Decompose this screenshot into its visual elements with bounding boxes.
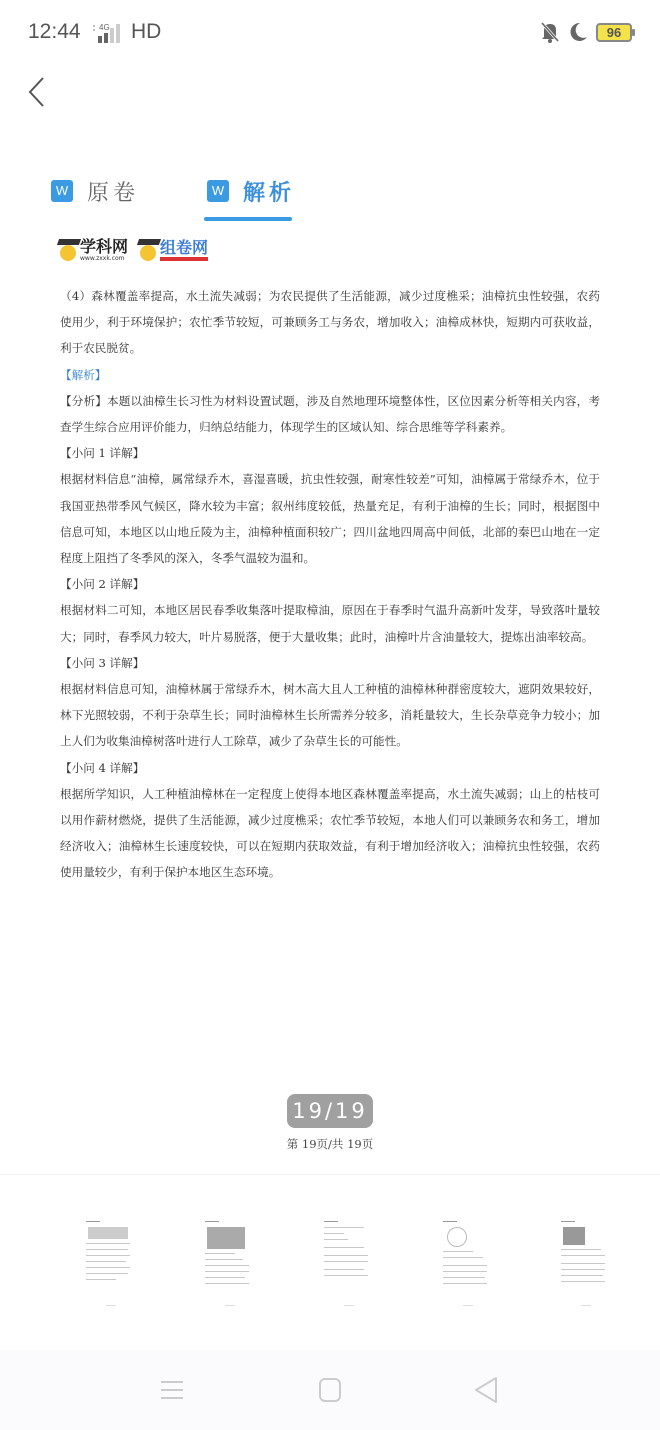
back-chevron-icon[interactable]	[24, 72, 54, 112]
silent-bell-icon	[540, 21, 560, 43]
zujuan-logo: 组卷网	[138, 237, 208, 263]
tab-label: 原卷	[87, 176, 139, 207]
back-triangle-icon[interactable]	[472, 1375, 502, 1405]
q1-heading: 【小问 1 详解】	[60, 440, 600, 466]
logo-subtitle: www.zxxk.com	[80, 255, 128, 262]
zxxk-logo: 学科网 www.zxxk.com	[58, 237, 128, 263]
page-thumbnail[interactable]	[324, 1219, 374, 1299]
q1-text: 根据材料信息“油樟，属常绿乔木，喜湿喜暖，抗虫性较强，耐寒性较差”可知，油樟属于…	[60, 466, 600, 571]
analysis-text: 本题以油樟生长习性为材料设置试题，涉及自然地理环境整体性，区位因素分析等相关内容…	[60, 394, 600, 434]
page-thumbnail[interactable]	[443, 1219, 493, 1299]
q3-text: 根据材料信息可知，油樟林属于常绿乔木，树木高大且人工种植的油樟林种群密度较大，遮…	[60, 676, 600, 755]
header-logos: 学科网 www.zxxk.com 组卷网	[58, 237, 208, 263]
page-indicator-pill: 19/19	[287, 1094, 373, 1128]
home-icon[interactable]	[315, 1375, 345, 1405]
q2-heading: 【小问 2 详解】	[60, 571, 600, 597]
analysis-paragraph: 【分析】本题以油樟生长习性为材料设置试题，涉及自然地理环境整体性，区位因素分析等…	[60, 388, 600, 440]
page-thumbnail-strip[interactable]	[0, 1175, 660, 1335]
logo-bar	[160, 257, 208, 261]
signal-4g-icon: 4G	[90, 22, 130, 44]
page-thumbnail[interactable]	[205, 1219, 255, 1299]
logo-title: 组卷网	[160, 240, 208, 256]
q2-text: 根据材料二可知，本地区居民春季收集落叶提取樟油，原因在于春季时气温升高新叶发芽，…	[60, 597, 600, 649]
logo-title: 学科网	[80, 239, 128, 255]
q4-heading: 【小问 4 详解】	[60, 755, 600, 781]
page-thumbnail[interactable]	[561, 1219, 611, 1299]
q4-text: 根据所学知识，人工种植油樟林在一定程度上使得本地区森林覆盖率提高，水土流失减弱；…	[60, 781, 600, 886]
document-content: （4）森林覆盖率提高，水土流失减弱；为农民提供了生活能源，减少过度樵采；油樟抗虫…	[60, 283, 600, 886]
status-time: 12:44	[28, 20, 81, 44]
word-doc-icon: W	[207, 180, 229, 202]
page-caption: 第 19页/共 19页	[0, 1136, 660, 1152]
word-doc-icon: W	[51, 180, 73, 202]
moon-icon	[568, 21, 588, 43]
answer-4: （4）森林覆盖率提高，水土流失减弱；为农民提供了生活能源，减少过度樵采；油樟抗虫…	[60, 283, 600, 362]
analysis-label: 【分析】	[60, 394, 107, 408]
status-bar: 12:44 4G HD 96	[0, 0, 660, 68]
page-thumbnail[interactable]	[86, 1219, 136, 1299]
active-tab-indicator	[204, 217, 292, 221]
mascot-icon	[58, 237, 80, 263]
jiexi-heading: 【解析】	[60, 362, 600, 388]
menu-icon[interactable]	[157, 1375, 187, 1405]
tab-analysis[interactable]: W 解析	[207, 176, 295, 206]
hd-indicator: HD	[131, 20, 161, 44]
tab-label: 解析	[243, 176, 295, 207]
q3-heading: 【小问 3 详解】	[60, 650, 600, 676]
tab-original-paper[interactable]: W 原卷	[51, 176, 139, 206]
battery-indicator: 96	[596, 23, 632, 42]
mascot-icon	[138, 237, 160, 263]
svg-text:4G: 4G	[99, 23, 110, 32]
system-nav-bar	[0, 1350, 660, 1430]
